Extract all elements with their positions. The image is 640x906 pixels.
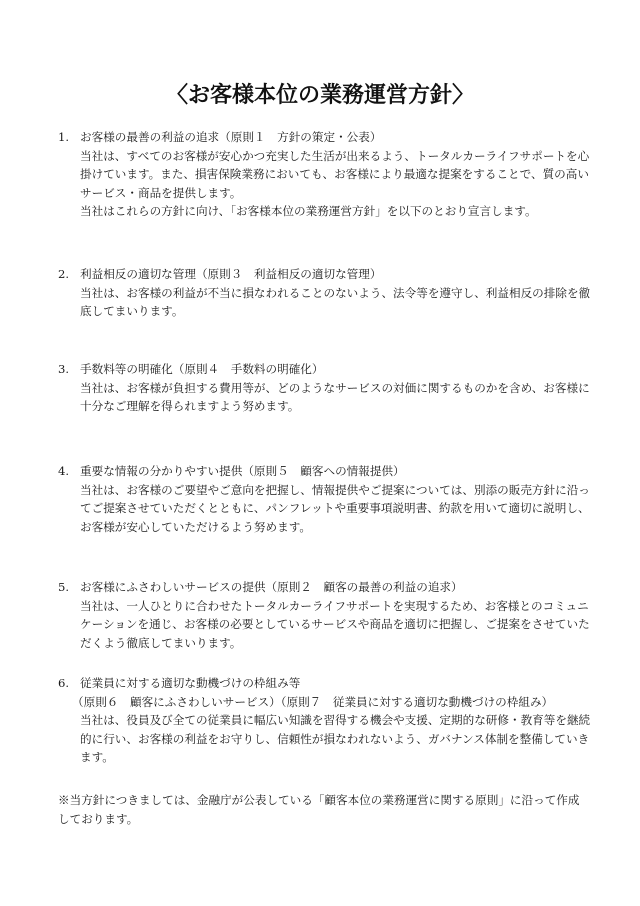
section-title: お客様の最善の利益の追求（原則１ 方針の策定・公表） bbox=[80, 128, 381, 147]
section-heading: 1. お客様の最善の利益の追求（原則１ 方針の策定・公表） bbox=[58, 128, 598, 147]
body-paragraph: 当社はこれらの方針に向け、「お客様本位の業務運営方針」を以下のとおり宣言します。 bbox=[80, 202, 598, 221]
section-number: 6. bbox=[58, 674, 80, 693]
body-paragraph: 当社は、お客様が負担する費用等が、どのようなサービスの対価に関するものかを含め、… bbox=[80, 379, 598, 416]
section-heading: 2. 利益相反の適切な管理（原則３ 利益相反の適切な管理） bbox=[58, 265, 598, 284]
section-title: 手数料等の明確化（原則４ 手数料の明確化） bbox=[80, 360, 323, 379]
section-title: 従業員に対する適切な動機づけの枠組み等 bbox=[80, 674, 300, 693]
page-title: 〈お客様本位の業務運営方針〉 bbox=[0, 78, 640, 109]
section-body: 当社は、お客様が負担する費用等が、どのようなサービスの対価に関するものかを含め、… bbox=[58, 379, 598, 416]
body-paragraph: 当社は、すべてのお客様が安心かつ充実した生活が出来るよう、トータルカーライフサポ… bbox=[80, 147, 598, 203]
section-body: 当社は、お客様のご要望やご意向を把握し、情報提供やご提案については、別添の販売方… bbox=[58, 481, 598, 537]
footnote: ※当方針につきましては、金融庁が公表している「顧客本位の業務運営に関する原則」に… bbox=[58, 791, 588, 829]
section-title: お客様にふさわしいサービスの提供（原則２ 顧客の最善の利益の追求） bbox=[80, 578, 463, 597]
section-body: 当社は、お客様の利益が不当に損なわれることのないよう、法令等を遵守し、利益相反の… bbox=[58, 284, 598, 321]
section-number: 5. bbox=[58, 578, 80, 597]
section-number: 4. bbox=[58, 462, 80, 481]
section-4: 4. 重要な情報の分かりやすい提供（原則５ 顧客への情報提供） 当社は、お客様の… bbox=[58, 462, 598, 536]
section-body: 当社は、役員及び全ての従業員に幅広い知識を習得する機会や支援、定期的な研修・教育… bbox=[58, 711, 598, 767]
section-title: 利益相反の適切な管理（原則３ 利益相反の適切な管理） bbox=[80, 265, 381, 284]
section-heading: 5. お客様にふさわしいサービスの提供（原則２ 顧客の最善の利益の追求） bbox=[58, 578, 598, 597]
section-5: 5. お客様にふさわしいサービスの提供（原則２ 顧客の最善の利益の追求） 当社は… bbox=[58, 578, 598, 652]
body-paragraph: 当社は、お客様のご要望やご意向を把握し、情報提供やご提案については、別添の販売方… bbox=[80, 481, 598, 537]
section-2: 2. 利益相反の適切な管理（原則３ 利益相反の適切な管理） 当社は、お客様の利益… bbox=[58, 265, 598, 321]
section-number: 1. bbox=[58, 128, 80, 147]
section-title: 重要な情報の分かりやすい提供（原則５ 顧客への情報提供） bbox=[80, 462, 405, 481]
section-number: 3. bbox=[58, 360, 80, 379]
section-body: 当社は、すべてのお客様が安心かつ充実した生活が出来るよう、トータルカーライフサポ… bbox=[58, 147, 598, 221]
body-paragraph: 当社は、お客様の利益が不当に損なわれることのないよう、法令等を遵守し、利益相反の… bbox=[80, 284, 598, 321]
section-body: 当社は、一人ひとりに合わせたトータルカーライフサポートを実現するため、お客様との… bbox=[58, 597, 598, 653]
body-paragraph: 当社は、一人ひとりに合わせたトータルカーライフサポートを実現するため、お客様との… bbox=[80, 597, 598, 653]
section-number: 2. bbox=[58, 265, 80, 284]
section-heading: 6. 従業員に対する適切な動機づけの枠組み等 bbox=[58, 674, 598, 693]
section-3: 3. 手数料等の明確化（原則４ 手数料の明確化） 当社は、お客様が負担する費用等… bbox=[58, 360, 598, 416]
section-principles-note: （原則６ 顧客にふさわしいサービス）（原則７ 従業員に対する適切な動機づけの枠組… bbox=[58, 693, 598, 712]
body-paragraph: 当社は、役員及び全ての従業員に幅広い知識を習得する機会や支援、定期的な研修・教育… bbox=[80, 711, 598, 767]
section-heading: 4. 重要な情報の分かりやすい提供（原則５ 顧客への情報提供） bbox=[58, 462, 598, 481]
section-heading: 3. 手数料等の明確化（原則４ 手数料の明確化） bbox=[58, 360, 598, 379]
section-1: 1. お客様の最善の利益の追求（原則１ 方針の策定・公表） 当社は、すべてのお客… bbox=[58, 128, 598, 221]
section-6: 6. 従業員に対する適切な動機づけの枠組み等 （原則６ 顧客にふさわしいサービス… bbox=[58, 674, 598, 767]
